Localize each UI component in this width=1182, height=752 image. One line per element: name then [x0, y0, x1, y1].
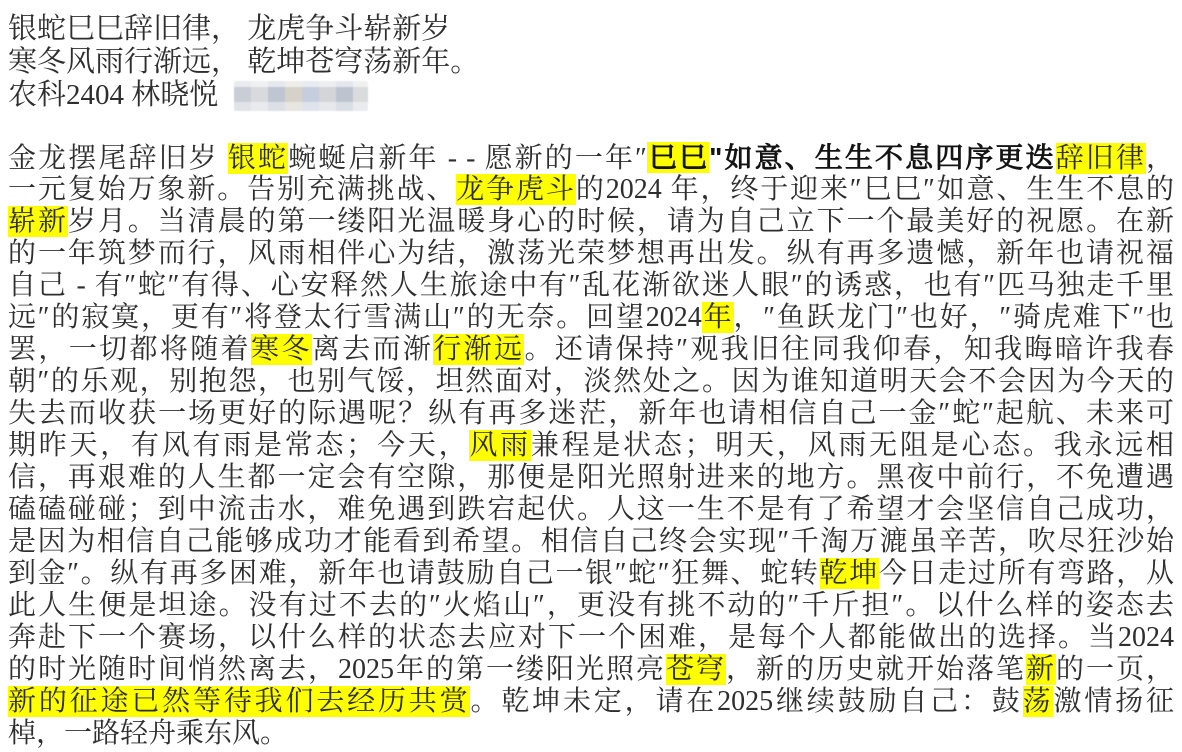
text-segment: 激情扬征 [1053, 686, 1174, 717]
text-segment: 是因为相信自己能够成功才能看到希望。相信自己终会实现″千淘万漉虽辛苦，吹尽狂沙始 [8, 526, 1174, 557]
text-segment: 岁月。当清晨的第一缕阳光温暖身心的时候，请为自己立下一个最美好的祝愿。在新 [68, 206, 1174, 237]
highlighted-segment: 寒冬 [251, 334, 312, 365]
paragraph-line: 新的征途已然等待我们去经历共赏。乾坤未定，请在2025继续鼓励自己：鼓荡激情扬征 [8, 686, 1174, 718]
paragraph-line: 奔赴下一个赛场，以什么样的状态去应对下一个困难，是每个人都能做出的选择。当202… [8, 622, 1174, 654]
paragraph-line: 的时光随时间悄然离去，2025年的第一缕阳光照亮苍穹，新的历史就开始落笔新的一页… [8, 654, 1174, 686]
highlighted-segment: 崭新 [8, 206, 68, 237]
byline-row: 农科2404 林晓悦 [8, 79, 1174, 112]
highlighted-segment: 年 [702, 302, 734, 333]
text-segment: 。乾坤未定，请在2025继续鼓励自己：鼓 [470, 686, 1022, 717]
paragraph-line: 一元复始万象新。告别充满挑战、龙争虎斗的2024 年，终于迎来″巳巳″如意、生生… [8, 174, 1174, 206]
paragraph-line: 自己 - 有″蛇″有得、心安释然人生旅途中有″乱花渐欲迷人眼″的诱惑，也有″匹马… [8, 270, 1174, 302]
highlighted-segment: 新的征途已然等待我们去经历共赏 [8, 686, 470, 717]
paragraph-line: 是因为相信自己能够成功才能看到希望。相信自己终会实现″千淘万漉虽辛苦，吹尽狂沙始 [8, 526, 1174, 558]
text-segment: 棹，一路轻舟乘东风。 [8, 718, 288, 749]
poem-line-1: 银蛇巳巳辞旧律， 龙虎争斗崭新岁 [8, 13, 1174, 46]
text-segment: 此人生便是坦途。没有过不去的″火焰山″，更没有挑不动的″千斤担″。以什么样的姿态… [8, 590, 1174, 621]
paragraph-line: 信，再艰难的人生都一定会有空隙，那便是阳光照射进来的地方。黑夜中前行，不免遭遇 [8, 462, 1174, 494]
text-segment: ，″鱼跃龙门″也好，″骑虎难下″也 [734, 302, 1174, 333]
highlighted-segment: 荡 [1023, 686, 1054, 717]
paragraph-line: 期昨天，有风有雨是常态；今天，风雨兼程是状态；明天，风雨无阻是心态。我永远相 [8, 430, 1174, 462]
text-segment: 奔赴下一个赛场，以什么样的状态去应对下一个困难，是每个人都能做出的选择。当202… [8, 622, 1174, 653]
paragraph-line: 棹，一路轻舟乘东风。 [8, 718, 1174, 750]
text-segment: ，新的历史就开始落笔 [726, 654, 1026, 685]
highlighted-segment: 风雨 [469, 430, 531, 461]
highlighted-segment: 新 [1026, 654, 1056, 685]
text-segment: 离去而渐 [312, 334, 434, 365]
highlighted-segment: 辞旧律 [1056, 143, 1146, 174]
text-segment: 朝″的乐观，别抱怨，也别气馁，坦然面对，淡然处之。因为谁知道明天会不会因为今天的 [8, 366, 1174, 397]
poem-line-2: 寒冬风雨行渐远， 乾坤苍穹荡新年。 [8, 46, 1174, 79]
text-segment: 一元复始万象新。告别充满挑战、 [8, 174, 456, 205]
text-segment: 罢，一切都将随着 [8, 334, 251, 365]
highlighted-segment: 巳巳 [647, 142, 709, 173]
redacted-name-mosaic [234, 81, 368, 111]
highlighted-segment: 苍穹 [666, 654, 726, 685]
text-segment: 的一页， [1056, 654, 1174, 685]
text-segment: 远″的寂寞，更有″将登太行雪满山″的无奈。回望2024 [8, 302, 702, 333]
text-segment: 。还请保持″观我旧往同我仰春，知我晦暗许我春 [524, 334, 1174, 365]
paragraph-line: 的一年筑梦而行，风雨相伴心为结，激荡光荣梦想再出发。纵有再多遗憾，新年也请祝福 [8, 238, 1174, 270]
text-segment: 自己 - 有″蛇″有得、心安释然人生旅途中有″乱花渐欲迷人眼″的诱惑，也有″匹马… [8, 270, 1174, 301]
body-paragraph: 金龙摆尾辞旧岁 银蛇蜿蜒启新年 - - 愿新的一年″巳巳"如意、生生不息四序更迭… [8, 142, 1174, 750]
text-segment: 的时光随时间悄然离去，2025年的第一缕阳光照亮 [8, 654, 666, 685]
text-segment: 金龙摆尾辞旧岁 [8, 143, 228, 174]
paragraph-line: 崭新岁月。当清晨的第一缕阳光温暖身心的时候，请为自己立下一个最美好的祝愿。在新 [8, 206, 1174, 238]
document-page: 银蛇巳巳辞旧律， 龙虎争斗崭新岁 寒冬风雨行渐远， 乾坤苍穹荡新年。 农科240… [0, 0, 1182, 752]
text-segment: 失去而收获一场更好的际遇呢？纵有再多迷茫，新年也请相信自己一金″蛇″起航、未来可 [8, 398, 1174, 429]
paragraph-line: 金龙摆尾辞旧岁 银蛇蜿蜒启新年 - - 愿新的一年″巳巳"如意、生生不息四序更迭… [8, 142, 1174, 174]
text-segment: 的2024 年，终于迎来″巳巳″如意、生生不息的 [576, 174, 1174, 205]
paragraph-line: 朝″的乐观，别抱怨，也别气馁，坦然面对，淡然处之。因为谁知道明天会不会因为今天的 [8, 366, 1174, 398]
text-segment: 的一年筑梦而行，风雨相伴心为结，激荡光荣梦想再出发。纵有再多遗憾，新年也请祝福 [8, 238, 1174, 269]
highlighted-segment: 行渐远 [433, 334, 524, 365]
paragraph-line: 罢，一切都将随着寒冬离去而渐行渐远。还请保持″观我旧往同我仰春，知我晦暗许我春 [8, 334, 1174, 366]
paragraph-line: 到金″。纵有再多困难，新年也请鼓励自己一银″蛇″狂舞、蛇转乾坤今日走过所有弯路，… [8, 558, 1174, 590]
text-segment: 今日走过所有弯路，从 [879, 558, 1174, 589]
text-segment: 蜿蜒启新年 - - 愿新的一年″ [288, 143, 647, 174]
text-segment: "如意、生生不息四序更迭 [709, 142, 1056, 173]
text-segment: 磕磕碰碰；到中流击水，难免遇到跌宕起伏。人这一生不是有了希望才会坚信自己成功， [8, 494, 1174, 525]
header-poem: 银蛇巳巳辞旧律， 龙虎争斗崭新岁 寒冬风雨行渐远， 乾坤苍穹荡新年。 农科240… [8, 13, 1174, 112]
paragraph-line: 磕磕碰碰；到中流击水，难免遇到跌宕起伏。人这一生不是有了希望才会坚信自己成功， [8, 494, 1174, 526]
highlighted-segment: 乾坤 [820, 558, 879, 589]
paragraph-line: 远″的寂寞，更有″将登太行雪满山″的无奈。回望2024年，″鱼跃龙门″也好，″骑… [8, 302, 1174, 334]
paragraph-line: 此人生便是坦途。没有过不去的″火焰山″，更没有挑不动的″千斤担″。以什么样的姿态… [8, 590, 1174, 622]
paragraph-line: 失去而收获一场更好的际遇呢？纵有再多迷茫，新年也请相信自己一金″蛇″起航、未来可 [8, 398, 1174, 430]
byline: 农科2404 林晓悦 [8, 79, 218, 112]
highlighted-segment: 银蛇 [228, 143, 288, 174]
text-segment: 信，再艰难的人生都一定会有空隙，那便是阳光照射进来的地方。黑夜中前行，不免遭遇 [8, 462, 1174, 493]
highlighted-segment: 龙争虎斗 [456, 174, 576, 205]
text-segment: 到金″。纵有再多困难，新年也请鼓励自己一银″蛇″狂舞、蛇转 [8, 558, 820, 589]
text-segment: 兼程是状态；明天，风雨无阻是心态。我永远相 [531, 430, 1174, 461]
text-segment: ， [1146, 143, 1174, 174]
text-segment: 期昨天，有风有雨是常态；今天， [8, 430, 469, 461]
